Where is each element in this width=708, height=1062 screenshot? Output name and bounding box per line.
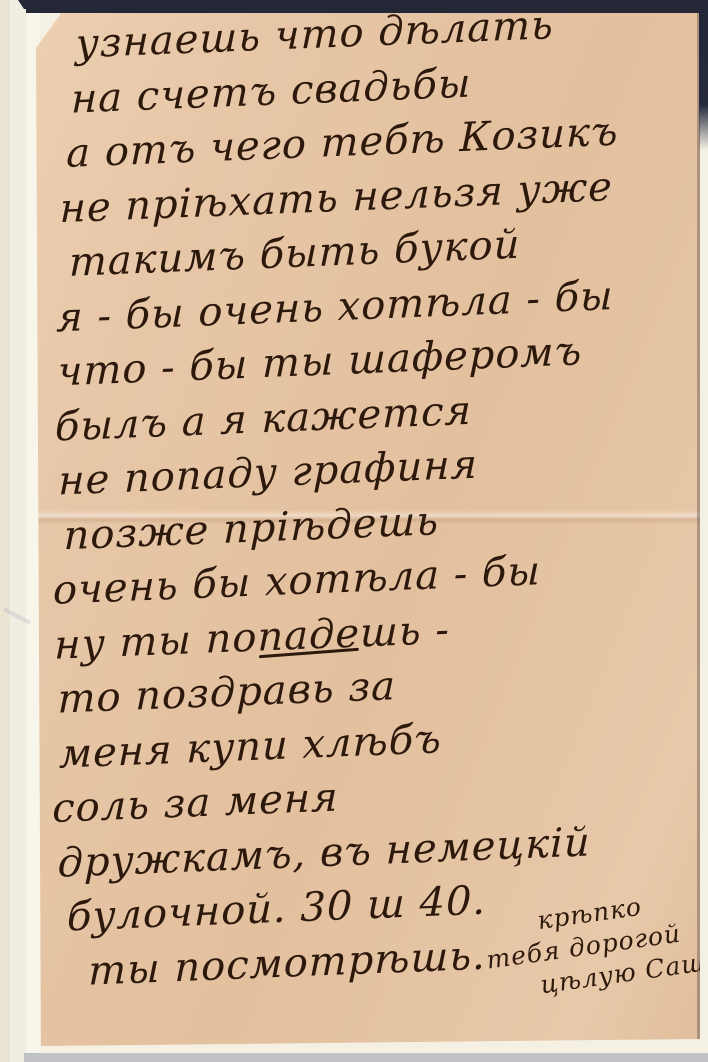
scanner-bed-left-mid (10, 0, 26, 1062)
letter-paper: узнаешь что дѣлать на счетъ свадьбы а от… (36, 2, 700, 1048)
scan-border-top (26, 0, 708, 13)
letter-text: узнаешь что дѣлать на счетъ свадьбы а от… (48, 0, 699, 1000)
scanned-letter-page: узнаешь что дѣлать на счетъ свадьбы а от… (0, 0, 708, 1062)
scanner-strip-bottom (24, 1053, 708, 1062)
scanner-bed-left-outer (0, 0, 10, 1062)
scan-border-right (699, 0, 708, 150)
